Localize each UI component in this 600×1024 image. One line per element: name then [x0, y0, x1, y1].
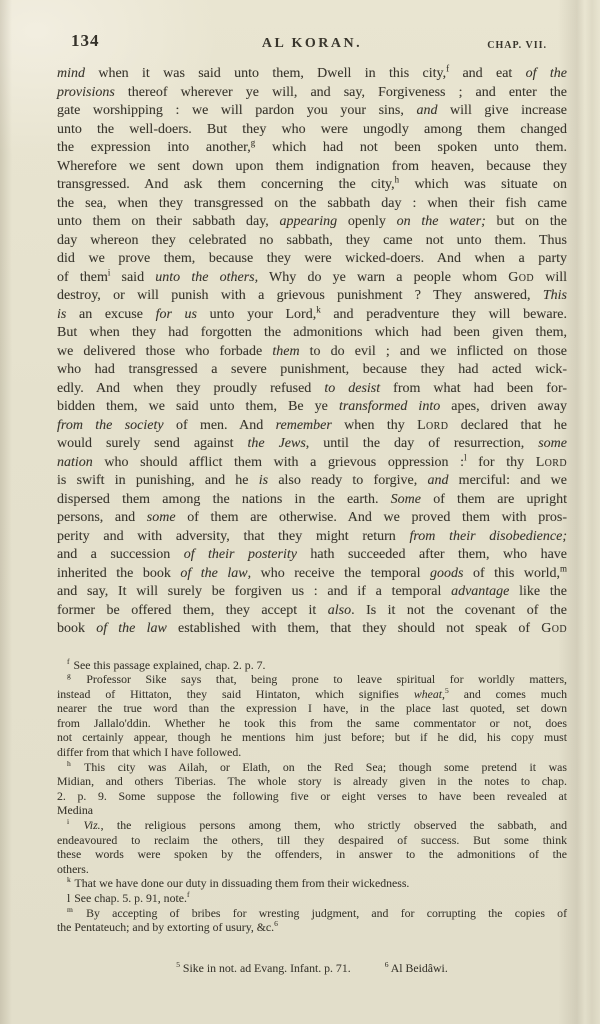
body-text-line: did we prove them, because they were wic… [57, 250, 567, 269]
italic-phrase: from their disobedience; [409, 529, 567, 544]
italic-phrase: of the [526, 66, 567, 81]
italic-phrase: remember [276, 418, 332, 433]
italic-phrase: them [272, 344, 299, 359]
italic-phrase: unto the others, [155, 270, 258, 285]
footnote-line: k That we have done our duty in dissuadi… [57, 876, 567, 891]
italic-phrase: wheat, [414, 687, 445, 701]
body-text-line: transgressed. And ask them concerning th… [57, 176, 567, 195]
body-text-line: unto the well-doers. But they who were u… [57, 121, 567, 140]
body-text-line: unto them on their sabbath day, appearin… [57, 213, 567, 232]
body-text-line: former be offered them, they accept it a… [57, 602, 567, 621]
footnote-line: i Viz., the religious persons among them… [57, 818, 567, 833]
footnote-line: instead of Hittaton, they said Hintaton,… [57, 687, 567, 702]
bottom-citation-notes: 5 Sike in not. ad Evang. Infant. p. 71.6… [57, 961, 567, 976]
italic-phrase: is [57, 307, 66, 322]
body-text-line: the sea, when they transgressed on the s… [57, 195, 567, 214]
body-text-line: inherited the book of the law, who recei… [57, 565, 567, 584]
italic-phrase: This [543, 288, 567, 303]
superscript-ref: g [251, 137, 255, 147]
footnote-marker: l [67, 891, 71, 905]
body-text-line: from the society of men. And remember wh… [57, 417, 567, 436]
body-text-line: book of the law established with them, t… [57, 620, 567, 639]
body-text-line: is an excuse for us unto your Lord,k and… [57, 306, 567, 325]
footnote-line: g Professor Sike says that, being prone … [57, 672, 567, 687]
footnote-line: endeavoured to reclaim the others, till … [57, 833, 567, 848]
italic-phrase: is [259, 473, 268, 488]
footnote-marker: f [67, 657, 71, 666]
footnote-marker: m [67, 905, 74, 914]
body-text-line: and say, It will surely be forgiven us :… [57, 583, 567, 602]
italic-phrase: some [147, 510, 176, 525]
italic-phrase: and [416, 103, 437, 118]
footnote-line: f See this passage explained, chap. 2. p… [57, 658, 567, 673]
italic-phrase: Some [391, 492, 421, 507]
body-text-line: day whereon they celebrated no sabbath, … [57, 232, 567, 251]
italic-phrase: some [538, 436, 567, 451]
small-caps-word: God [508, 270, 534, 285]
italic-phrase: to desist [324, 381, 380, 396]
citation-note: 6 Al Beidâwi. [385, 961, 448, 976]
citation-note: 5 Sike in not. ad Evang. Infant. p. 71. [176, 961, 350, 976]
superscript-ref: i [108, 267, 111, 277]
superscript-ref: 6 [274, 919, 278, 928]
superscript-ref: 5 [445, 686, 449, 695]
footnote-line: 2. p. 9. Some suppose the following five… [57, 789, 567, 804]
footnote-marker: g [67, 671, 72, 680]
body-text-line: provisions thereof wherever ye will, and… [57, 84, 567, 103]
italic-phrase: for us [156, 307, 197, 322]
italic-phrase: and [427, 473, 448, 488]
body-text-line: the expression into another,g which had … [57, 139, 567, 158]
italic-phrase: the Jews [247, 436, 305, 451]
small-caps-word: Lord [417, 418, 448, 433]
body-text-line: we delivered those who forbade them to d… [57, 343, 567, 362]
italic-phrase: of the law [96, 621, 167, 636]
superscript-ref: m [560, 563, 567, 573]
italic-phrase: Viz. [83, 818, 100, 832]
body-text: mind when it was said unto them, Dwell i… [57, 65, 567, 639]
body-text-line: Wherefore we sent down upon them indigna… [57, 158, 567, 177]
footnotes-section: f See this passage explained, chap. 2. p… [57, 658, 567, 935]
italic-phrase: appearing [280, 214, 338, 229]
superscript-ref: h [395, 174, 399, 184]
superscript-ref: f [187, 890, 190, 899]
body-text-line: edly. And when they proudly refused to d… [57, 380, 567, 399]
body-text-line: is swift in punishing, and he is also re… [57, 472, 567, 491]
italic-phrase: goods [430, 566, 463, 581]
footnote-line: m By accepting of bribes for wresting ju… [57, 906, 567, 921]
body-text-line: mind when it was said unto them, Dwell i… [57, 65, 567, 84]
body-text-line: gate worshipping : we will pardon you yo… [57, 102, 567, 121]
footnote-marker: h [67, 759, 72, 768]
citation-note-marker: 6 [385, 960, 389, 969]
body-text-line: bidden them, we said unto them, Be ye tr… [57, 398, 567, 417]
footnote-marker: i [67, 817, 70, 826]
body-text-line: who had transgressed a severe punishment… [57, 361, 567, 380]
superscript-ref: k [316, 304, 320, 314]
body-text-line: would surely send against the Jews, unti… [57, 435, 567, 454]
body-text-line: persons, and some of them are otherwise.… [57, 509, 567, 528]
superscript-ref: l [464, 452, 467, 462]
small-caps-word: Lord [536, 455, 567, 470]
footnote-line: not certainly appear, though he mentions… [57, 730, 567, 745]
italic-phrase: provisions [57, 85, 115, 100]
body-text-line: nation who should afflict them with a gr… [57, 454, 567, 473]
body-text-line: perity and with adversity, that they mig… [57, 528, 567, 547]
footnote-line: differ from that which I have followed. [57, 745, 567, 760]
small-caps-word: God [541, 621, 567, 636]
scanned-book-page: { "page": { "number": "134", "running_ti… [0, 0, 600, 1024]
footnote-line: nearer the true word than the expression… [57, 701, 567, 716]
footnote-line: l See chap. 5. p. 91, note.f [57, 891, 567, 906]
italic-phrase: also [328, 603, 351, 618]
citation-note-marker: 5 [176, 960, 180, 969]
footnote-line: Midian, and others Tiberias. The whole s… [57, 774, 567, 789]
body-text-line: of themi said unto the others, Why do ye… [57, 269, 567, 288]
footnote-line: from Jallalo'ddin. Whether he took this … [57, 716, 567, 731]
italic-phrase: on the water; [397, 214, 486, 229]
italic-phrase: of the law [180, 566, 247, 581]
footnote-line: others. [57, 862, 567, 877]
italic-phrase: advantage [451, 584, 509, 599]
body-text-line: But when they had forgotten the admoniti… [57, 324, 567, 343]
italic-phrase: nation [57, 455, 93, 470]
footnote-marker: k [67, 875, 72, 884]
body-text-line: dispersed them among the nations in the … [57, 491, 567, 510]
footnote-line: the Pentateuch; and by extorting of usur… [57, 920, 567, 935]
italic-phrase: of their posterity [184, 547, 297, 562]
italic-phrase: mind [57, 66, 85, 81]
footnote-line: these words were spoken by the offenders… [57, 847, 567, 862]
page-content: 134 AL KORAN. CHAP. VII. mind when it wa… [57, 33, 567, 976]
italic-phrase: from the society [57, 418, 164, 433]
running-head: 134 AL KORAN. CHAP. VII. [57, 33, 567, 59]
superscript-ref: f [446, 63, 449, 73]
italic-phrase: transformed into [339, 399, 440, 414]
body-text-line: and a succession of their posterity hath… [57, 546, 567, 565]
chapter-label: CHAP. VII. [487, 40, 547, 51]
footnote-line: Medina [57, 803, 567, 818]
body-text-line: destroy, or will punish with a grievous … [57, 287, 567, 306]
footnote-line: h This city was Ailah, or Elath, on the … [57, 760, 567, 775]
